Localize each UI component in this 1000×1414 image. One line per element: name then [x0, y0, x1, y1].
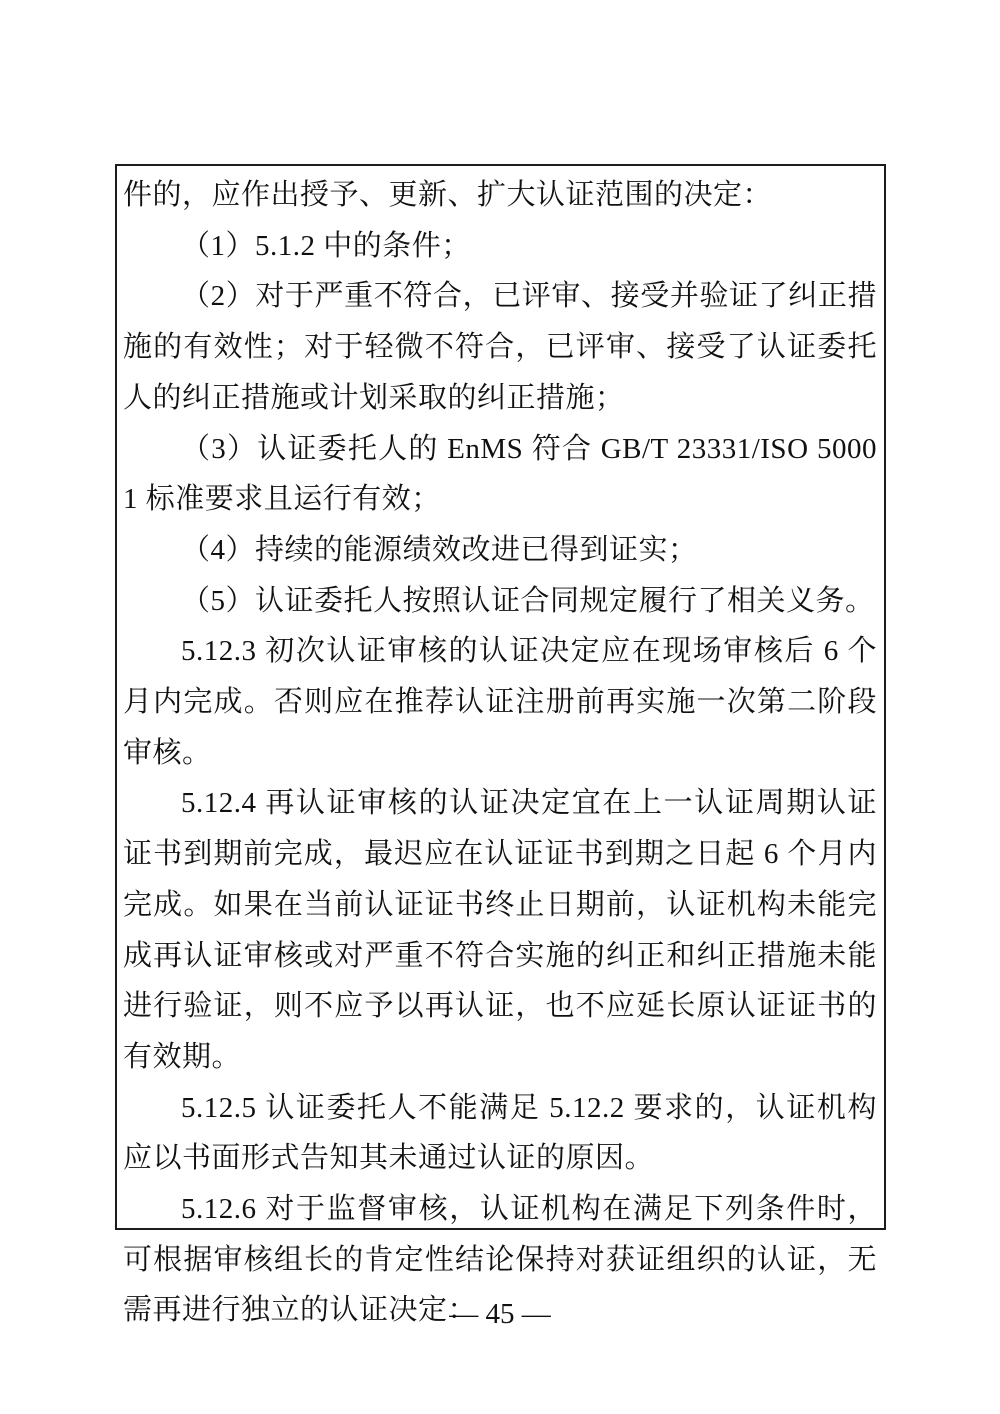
paragraph-item-5: （5）认证委托人按照认证合同规定履行了相关义务。: [123, 576, 877, 627]
paragraph-section-5-12-3: 5.12.3 初次认证审核的认证决定应在现场审核后 6 个月内完成。否则应在推荐…: [123, 626, 877, 778]
paragraph-item-3: （3）认证委托人的 EnMS 符合 GB/T 23331/ISO 50001 标…: [123, 424, 877, 525]
paragraph-section-5-12-4: 5.12.4 再认证审核的认证决定宜在上一认证周期认证证书到期前完成，最迟应在认…: [123, 778, 877, 1082]
paragraph-item-1: （1）5.1.2 中的条件；: [123, 221, 877, 272]
paragraph-section-5-12-5: 5.12.5 认证委托人不能满足 5.12.2 要求的，认证机构应以书面形式告知…: [123, 1083, 877, 1184]
paragraph-item-4: （4）持续的能源绩效改进已得到证实；: [123, 525, 877, 576]
page-number: — 45 —: [0, 1298, 1000, 1330]
paragraph-item-2: （2）对于严重不符合，已评审、接受并验证了纠正措施的有效性；对于轻微不符合，已评…: [123, 271, 877, 423]
document-text-frame: 件的，应作出授予、更新、扩大认证范围的决定： （1）5.1.2 中的条件； （2…: [115, 164, 886, 1230]
paragraph-continuation: 件的，应作出授予、更新、扩大认证范围的决定：: [123, 170, 877, 221]
